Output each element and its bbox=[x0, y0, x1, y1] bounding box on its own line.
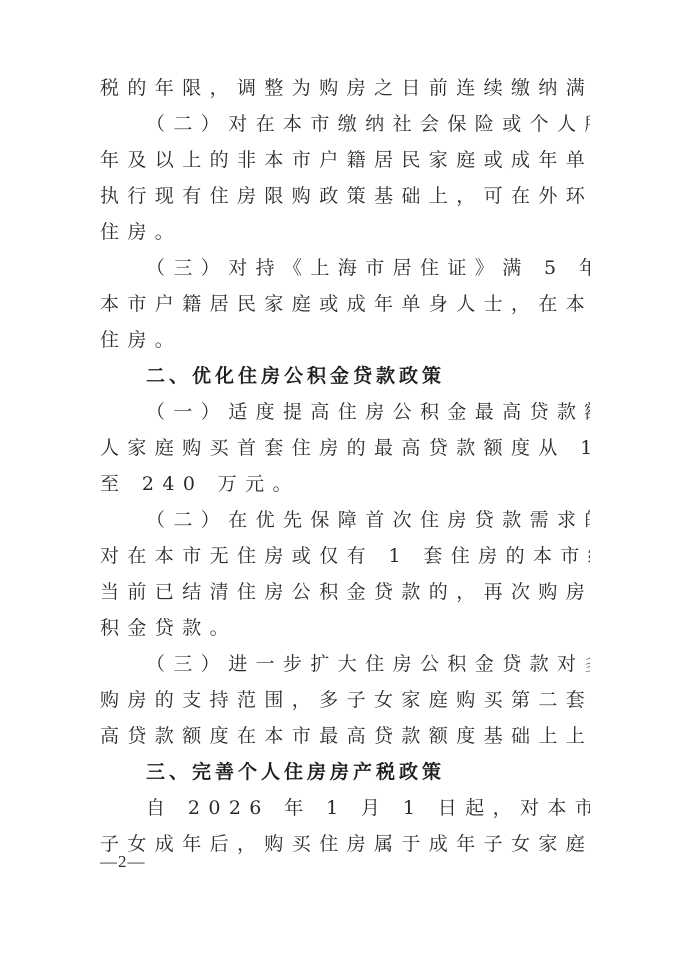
paragraph-line: 住房。 bbox=[100, 322, 590, 358]
section-heading: 二、优化住房公积金贷款政策 bbox=[100, 358, 590, 394]
section-heading: 三、完善个人住房房产税政策 bbox=[100, 754, 590, 790]
paragraph-line: 高贷款额度在本市最高贷款额度基础上上浮 20%。 bbox=[100, 718, 590, 754]
paragraph-line: 执行现有住房限购政策基础上，可在外环内增购 1 套 bbox=[100, 178, 590, 214]
page-number: —2— bbox=[100, 848, 146, 876]
paragraph-line: （二）对在本市缴纳社会保险或个人所得税满 3 bbox=[100, 106, 590, 142]
paragraph-line: （三）对持《上海市居住证》满 5 年及以上的非 bbox=[100, 250, 590, 286]
paragraph-line: 子女成年后，购买住房属于成年子女家庭唯一住房的， bbox=[100, 826, 590, 862]
paragraph-line: 积金贷款。 bbox=[100, 610, 590, 646]
paragraph-line: 年及以上的非本市户籍居民家庭或成年单身人士，在 bbox=[100, 142, 590, 178]
paragraph-line: （三）进一步扩大住房公积金贷款对多子女家庭 bbox=[100, 646, 590, 682]
paragraph-line: （二）在优先保障首次住房贷款需求的情况下， bbox=[100, 502, 590, 538]
paragraph-line: （一）适度提高住房公积金最高贷款额度，缴存 bbox=[100, 394, 590, 430]
paragraph-line: 自 2026 年 1 月 1 日起，对本市户籍居民家庭中的 bbox=[100, 790, 590, 826]
paragraph-line: 税的年限，调整为购房之日前连续缴纳满 1 年及以上。 bbox=[100, 70, 590, 106]
paragraph-line: 人家庭购买首套住房的最高贷款额度从 160 万元提高 bbox=[100, 430, 590, 466]
paragraph-line: 对在本市无住房或仅有 1 套住房的本市缴存人家庭， bbox=[100, 538, 590, 574]
paragraph-line: 本市户籍居民家庭或成年单身人士，在本市限购 1 套 bbox=[100, 286, 590, 322]
paragraph-line: 购房的支持范围，多子女家庭购买第二套住房的，最 bbox=[100, 682, 590, 718]
paragraph-line: 至 240 万元。 bbox=[100, 466, 590, 502]
paragraph-line: 当前已结清住房公积金贷款的，再次购房时可申请公 bbox=[100, 574, 590, 610]
paragraph-line: 住房。 bbox=[100, 214, 590, 250]
document-page: 税的年限，调整为购房之日前连续缴纳满 1 年及以上。 （二）对在本市缴纳社会保险… bbox=[100, 70, 590, 862]
